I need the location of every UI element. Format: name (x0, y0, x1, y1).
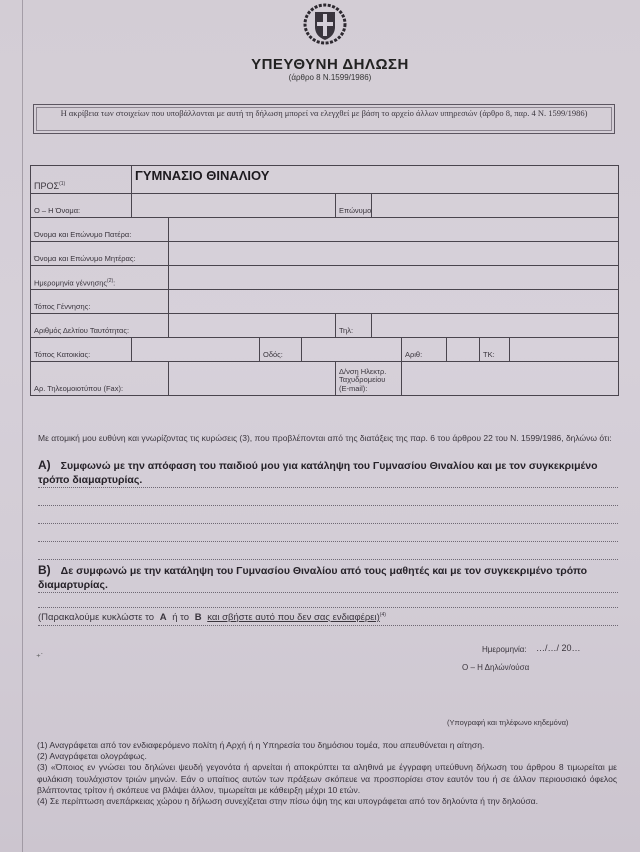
verification-notice: Η ακρίβεια των στοιχείων που υποβάλλοντα… (33, 104, 615, 134)
number-field[interactable] (447, 338, 480, 362)
footnote-2: (2) Αναγράφεται ολογράφως. (37, 751, 617, 762)
mother-name-label: Όνομα και Επώνυμο Μητέρας: (31, 242, 169, 266)
footnote-4: (4) Σε περίπτωση ανεπάρκειας χώρου η δήλ… (37, 796, 617, 807)
signature-hint: (Υπογραφή και τηλέφωνο κηδεμόνα) (447, 718, 568, 727)
writing-line[interactable] (38, 625, 618, 626)
pen-marks: ⁺˙ (36, 652, 44, 663)
to-label: ΠΡΟΣ(1) (31, 166, 132, 194)
writing-line[interactable] (38, 607, 618, 608)
document-subtitle: (άρθρο 8 Ν.1599/1986) (0, 73, 640, 82)
option-a[interactable]: Α)Συμφωνώ με την απόφαση του παιδιού μου… (38, 458, 618, 487)
declaration-page: ΥΠΕΥΘΥΝΗ ΔΗΛΩΣΗ (άρθρο 8 Ν.1599/1986) Η … (0, 0, 640, 852)
writing-line[interactable] (38, 541, 618, 542)
mother-name-field[interactable] (169, 242, 619, 266)
phone-label: Τηλ: (336, 314, 372, 338)
writing-line[interactable] (38, 505, 618, 506)
email-field[interactable] (402, 362, 619, 396)
option-b-letter: Β) (38, 563, 51, 577)
footnote-1: (1) Αναγράφεται από τον ενδιαφερόμενο πο… (37, 740, 617, 751)
id-number-label: Αριθμός Δελτίου Ταυτότητας: (31, 314, 169, 338)
writing-line[interactable] (38, 523, 618, 524)
writing-line[interactable] (38, 592, 618, 593)
first-name-label: Ο – Η Όνομα: (31, 194, 132, 218)
number-label: Αριθ: (402, 338, 447, 362)
father-name-field[interactable] (169, 218, 619, 242)
date-field[interactable]: …/…/ 20… (536, 643, 581, 653)
residence-label: Τόπος Κατοικίας: (31, 338, 132, 362)
option-b-text: Δε συμφωνώ με την κατάληψη του Γυμνασίου… (38, 565, 587, 591)
to-field[interactable]: ΓΥΜΝΑΣΙΟ ΘΙΝΑΛΙΟΥ (132, 166, 619, 194)
birth-place-field[interactable] (169, 290, 619, 314)
option-a-letter: Α) (38, 458, 51, 472)
surname-field[interactable] (372, 194, 619, 218)
birth-date-field[interactable] (169, 266, 619, 290)
first-name-field[interactable] (132, 194, 336, 218)
date-label: Ημερομηνία: (482, 645, 527, 654)
surname-label: Επώνυμο: (336, 194, 372, 218)
phone-field[interactable] (372, 314, 619, 338)
declaration-intro: Με ατομική μου ευθύνη και γνωρίζοντας τι… (38, 432, 618, 444)
street-label: Οδός: (260, 338, 302, 362)
declarant-label: Ο – Η Δηλών/ούσα (462, 663, 529, 672)
residence-field[interactable] (132, 338, 260, 362)
writing-line[interactable] (38, 559, 618, 560)
birth-place-label: Τόπος Γέννησης: (31, 290, 169, 314)
id-number-field[interactable] (169, 314, 336, 338)
footnote-3: (3) «Όποιος εν γνώσει του δηλώνει ψευδή … (37, 762, 617, 796)
street-field[interactable] (302, 338, 402, 362)
greek-coat-of-arms-icon (303, 3, 347, 45)
email-label: Δ/νση Ηλεκτρ. Ταχυδρομείου (E-mail): (336, 362, 402, 396)
fax-label: Αρ. Τηλεομοιοτύπου (Fax): (31, 362, 169, 396)
option-b[interactable]: Β)Δε συμφωνώ με την κατάληψη του Γυμνασί… (38, 563, 618, 592)
document-title: ΥΠΕΥΘΥΝΗ ΔΗΛΩΣΗ (0, 56, 640, 73)
writing-line[interactable] (38, 487, 618, 488)
fax-field[interactable] (169, 362, 336, 396)
birth-date-label: Ημερομηνία γέννησης(2): (31, 266, 169, 290)
footnotes: (1) Αναγράφεται από τον ενδιαφερόμενο πο… (37, 740, 617, 807)
postcode-label: ΤΚ: (480, 338, 510, 362)
postcode-field[interactable] (510, 338, 619, 362)
father-name-label: Όνομα και Επώνυμο Πατέρα: (31, 218, 169, 242)
selection-instruction: (Παρακαλούμε κυκλώστε το Α ή το Β και σβ… (38, 612, 386, 623)
option-a-text: Συμφωνώ με την απόφαση του παιδιού μου γ… (38, 460, 598, 486)
personal-details-form: ΠΡΟΣ(1) ΓΥΜΝΑΣΙΟ ΘΙΝΑΛΙΟΥ Ο – Η Όνομα: Ε… (30, 165, 619, 396)
paper-fold-line (22, 0, 23, 852)
